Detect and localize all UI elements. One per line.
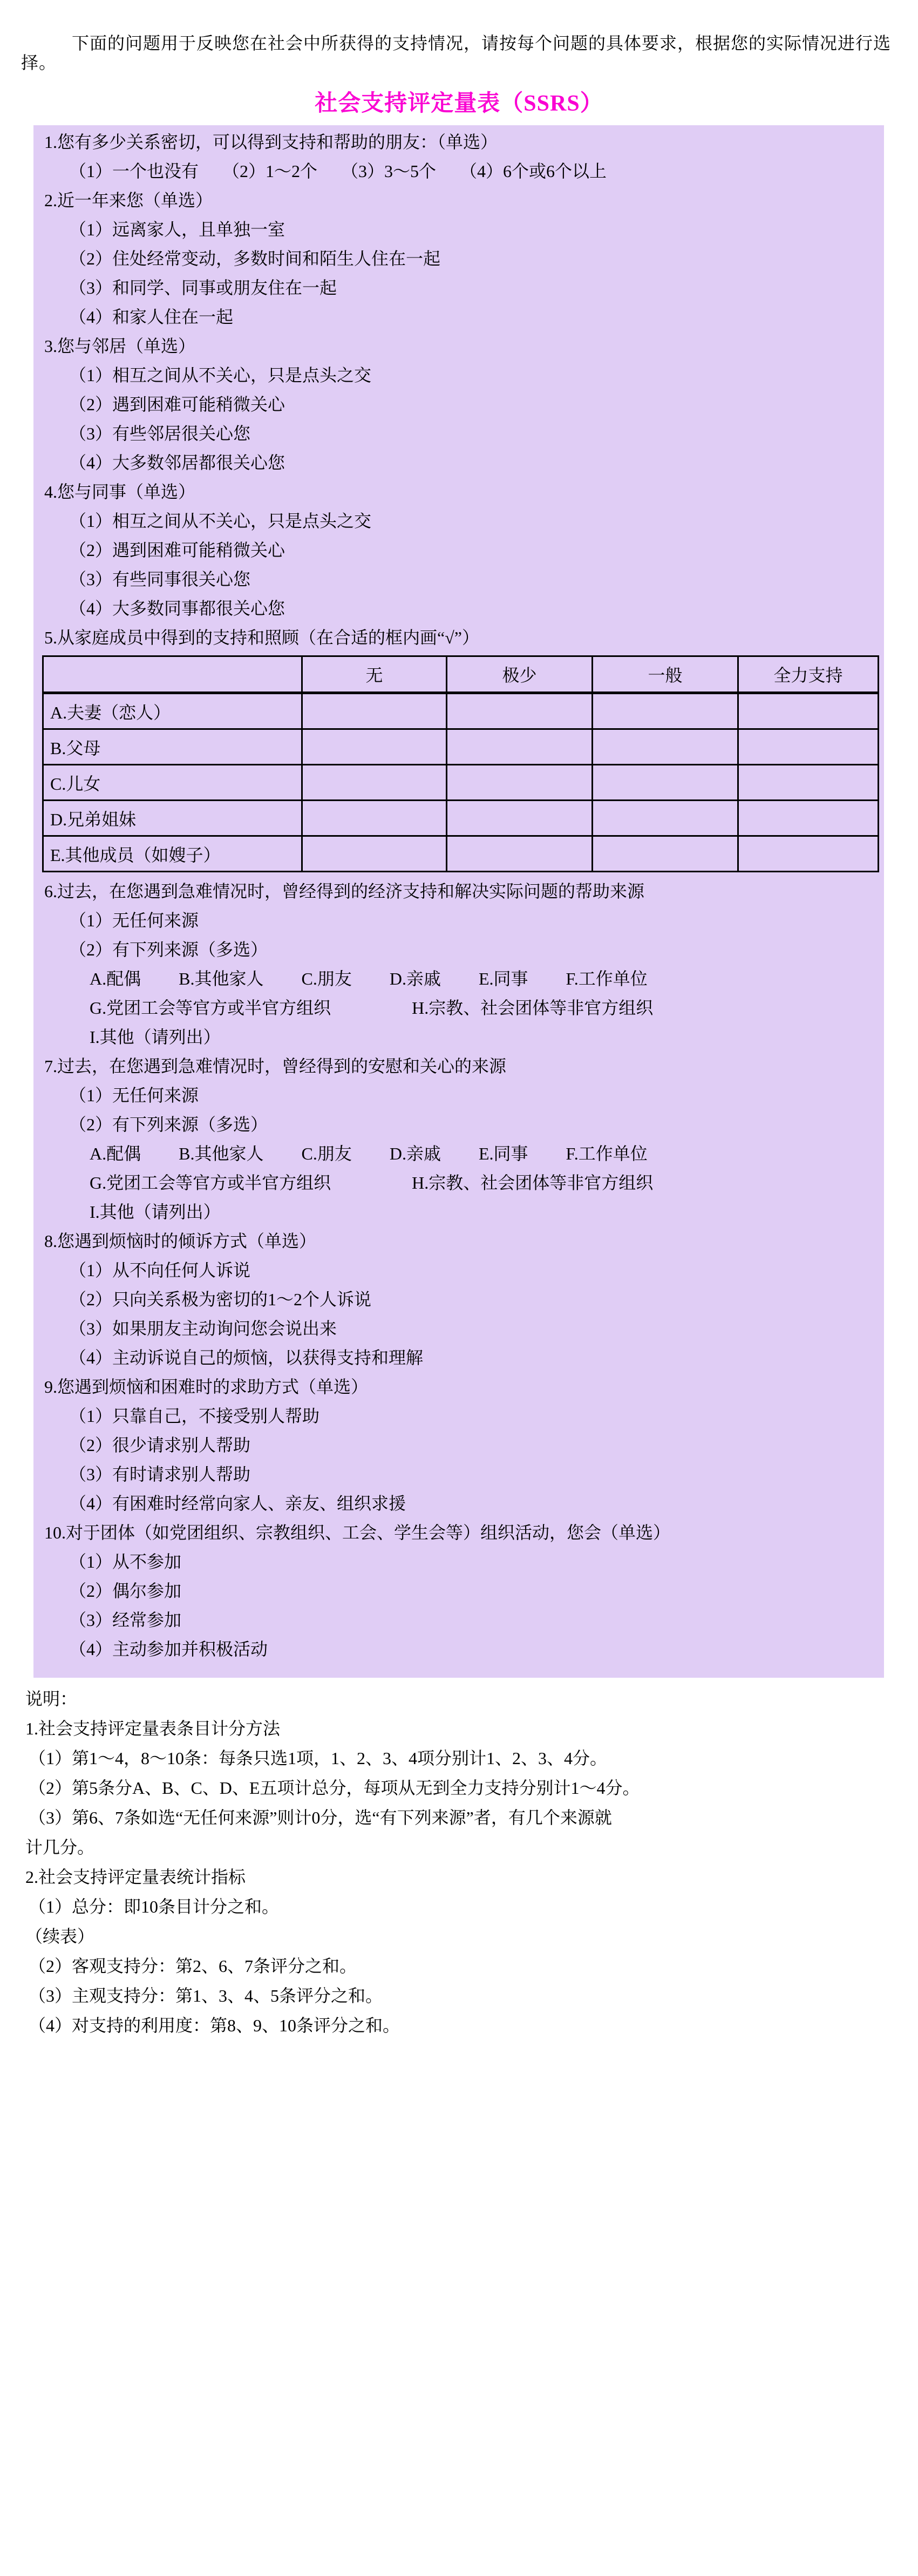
q7-source-c: C.朋友 [301,1139,351,1168]
q6-sources-row-3: I.其他（请列出） [33,1022,884,1052]
q3-option-3: （3）有些邻居很关心您 [33,419,884,448]
notes-scoring-item-2: （2）第5条分A、B、C、D、E五项计总分，每项从无到全力支持分别计1～4分。 [24,1773,918,1803]
q5-label: 5.从家庭成员中得到的支持和照顾（在合适的框内画“√”） [33,623,884,652]
q7-source-d: D.亲戚 [390,1139,441,1168]
q1-option-4: （4）6个或6个以上 [460,157,607,186]
q4-option-1: （1）相互之间从不关心，只是点头之交 [33,506,884,535]
q6-source-f: F.工作单位 [566,964,648,993]
q2-option-3: （3）和同学、同事或朋友住在一起 [33,273,884,302]
q7-source-h: H.宗教、社会团体等非官方组织 [412,1168,653,1197]
table-row-children: C.儿女 [43,765,879,801]
q7-sources-row-3: I.其他（请列出） [33,1197,884,1226]
q7-source-g: G.党团工会等官方或半官方组织 [90,1168,331,1197]
q6-source-h: H.宗教、社会团体等非官方组织 [412,993,653,1022]
q7-sources-row-1: A.配偶 B.其他家人 C.朋友 D.亲戚 E.同事 F.工作单位 [33,1139,884,1168]
q10-label: 10.对于团体（如党团组织、宗教组织、工会、学生会等）组织活动，您会（单选） [33,1518,884,1547]
q3-label: 3.您与邻居（单选） [33,331,884,361]
q10-option-2: （2）偶尔参加 [33,1576,884,1605]
q6-source-a: A.配偶 [90,964,141,993]
q7-source-b: B.其他家人 [179,1139,263,1168]
row-label-parents: B.父母 [43,729,302,765]
q6-source-e: E.同事 [479,964,528,993]
notes-heading: 说明： [24,1684,918,1714]
q7-source-a: A.配偶 [90,1139,141,1168]
q1-option-3: （3）3～5个 [341,157,436,186]
support-table: 无 极少 一般 全力支持 A.夫妻（恋人） B.父母 C.儿女 D.兄弟姐妹 [42,655,879,872]
support-cell [738,765,879,801]
notes-scoring-title: 1.社会支持评定量表条目计分方法 [24,1714,918,1744]
support-cell [447,729,593,765]
support-cell [593,836,738,872]
support-cell [738,801,879,836]
q6-option-2: （2）有下列来源（多选） [33,935,884,964]
support-cell [302,801,447,836]
q10-option-4: （4）主动参加并积极活动 [33,1635,884,1664]
row-label-spouse: A.夫妻（恋人） [43,693,302,729]
q6-source-c: C.朋友 [301,964,351,993]
support-table-corner-cell [43,656,302,693]
intro-paragraph: 下面的问题用于反映您在社会中所获得的支持情况，请按每个问题的具体要求，根据您的实… [21,33,896,72]
q9-option-4: （4）有困难时经常向家人、亲友、组织求援 [33,1489,884,1518]
notes-statistics-item-1: （1）总分：即10条目计分之和。 [24,1892,918,1922]
notes-statistics-item-3: （3）主观支持分：第1、3、4、5条评分之和。 [24,1981,918,2011]
q4-option-3: （3）有些同事很关心您 [33,565,884,594]
notes-scoring-item-3-continuation: 计几分。 [24,1833,918,1862]
q8-option-1: （1）从不向任何人诉说 [33,1256,884,1285]
q3-option-1: （1）相互之间从不关心，只是点头之交 [33,361,884,390]
q2-label: 2.近一年来您（单选） [33,186,884,215]
table-row-other-members: E.其他成员（如嫂子） [43,836,879,872]
support-cell [593,729,738,765]
q9-option-2: （2）很少请求别人帮助 [33,1431,884,1460]
support-cell [302,836,447,872]
questionnaire-panel: 1.您有多少关系密切，可以得到支持和帮助的朋友：（单选） （1）一个也没有 （2… [33,125,884,1678]
q7-sources-row-2: G.党团工会等官方或半官方组织 H.宗教、社会团体等非官方组织 [33,1168,884,1197]
q1-options-row: （1）一个也没有 （2）1～2个 （3）3～5个 （4）6个或6个以上 [33,157,884,186]
q3-option-4: （4）大多数邻居都很关心您 [33,448,884,477]
q6-option-1: （1）无任何来源 [33,906,884,935]
q1-label: 1.您有多少关系密切，可以得到支持和帮助的朋友：（单选） [33,127,884,157]
notes-statistics-title: 2.社会支持评定量表统计指标 [24,1862,918,1892]
support-cell [738,836,879,872]
support-table-header-row: 无 极少 一般 全力支持 [43,656,879,693]
q2-option-1: （1）远离家人，且单独一室 [33,215,884,244]
notes-section: 说明： 1.社会支持评定量表条目计分方法 （1）第1～4，8～10条：每条只选1… [24,1684,918,2041]
support-cell [302,765,447,801]
q8-option-2: （2）只向关系极为密切的1～2个人诉说 [33,1285,884,1314]
q3-option-2: （2）遇到困难可能稍微关心 [33,390,884,419]
q2-option-4: （4）和家人住在一起 [33,302,884,331]
support-cell [593,765,738,801]
support-cell [302,693,447,729]
q9-option-1: （1）只靠自己，不接受别人帮助 [33,1401,884,1431]
page-title: 社会支持评定量表（SSRS） [0,85,918,118]
support-cell [447,836,593,872]
continued-table-marker: （续表） [24,1922,918,1951]
row-label-siblings: D.兄弟姐妹 [43,801,302,836]
q4-option-2: （2）遇到困难可能稍微关心 [33,535,884,565]
q7-source-i: I.其他（请列出） [90,1197,221,1226]
support-cell [302,729,447,765]
notes-scoring-item-3: （3）第6、7条如选“无任何来源”则计0分，选“有下列来源”者，有几个来源就 [24,1803,918,1833]
q10-option-3: （3）经常参加 [33,1605,884,1635]
q7-source-f: F.工作单位 [566,1139,648,1168]
q9-option-3: （3）有时请求别人帮助 [33,1460,884,1489]
notes-statistics-item-2: （2）客观支持分：第2、6、7条评分之和。 [24,1951,918,1981]
support-cell [738,729,879,765]
support-table-header-rare: 极少 [447,656,593,693]
q6-source-b: B.其他家人 [179,964,263,993]
support-cell [738,693,879,729]
row-label-other-members: E.其他成员（如嫂子） [43,836,302,872]
notes-scoring-item-1: （1）第1～4，8～10条：每条只选1项，1、2、3、4项分别计1、2、3、4分… [24,1744,918,1773]
q8-label: 8.您遇到烦恼时的倾诉方式（单选） [33,1226,884,1256]
q4-label: 4.您与同事（单选） [33,477,884,506]
q7-option-2: （2）有下列来源（多选） [33,1110,884,1139]
q7-source-e: E.同事 [479,1139,528,1168]
q6-sources-row-1: A.配偶 B.其他家人 C.朋友 D.亲戚 E.同事 F.工作单位 [33,964,884,993]
support-cell [593,693,738,729]
q9-label: 9.您遇到烦恼和困难时的求助方式（单选） [33,1372,884,1401]
q6-source-i: I.其他（请列出） [90,1022,221,1052]
q2-option-2: （2）住处经常变动，多数时间和陌生人住在一起 [33,244,884,273]
support-cell [447,801,593,836]
notes-statistics-item-4: （4）对支持的利用度：第8、9、10条评分之和。 [24,2011,918,2041]
support-cell [593,801,738,836]
table-row-parents: B.父母 [43,729,879,765]
table-row-siblings: D.兄弟姐妹 [43,801,879,836]
q8-option-3: （3）如果朋友主动询问您会说出来 [33,1314,884,1343]
q7-option-1: （1）无任何来源 [33,1081,884,1110]
q6-source-d: D.亲戚 [390,964,441,993]
q10-option-1: （1）从不参加 [33,1547,884,1576]
q7-label: 7.过去，在您遇到急难情况时，曾经得到的安慰和关心的来源 [33,1052,884,1081]
support-cell [447,765,593,801]
q8-option-4: （4）主动诉说自己的烦恼，以获得支持和理解 [33,1343,884,1372]
table-row-spouse: A.夫妻（恋人） [43,693,879,729]
q6-source-g: G.党团工会等官方或半官方组织 [90,993,331,1022]
support-cell [447,693,593,729]
support-table-header-general: 一般 [593,656,738,693]
q1-option-1: （1）一个也没有 [69,157,199,186]
q4-option-4: （4）大多数同事都很关心您 [33,594,884,623]
q1-option-2: （2）1～2个 [222,157,317,186]
q6-label: 6.过去，在您遇到急难情况时，曾经得到的经济支持和解决实际问题的帮助来源 [33,877,884,906]
support-table-header-full: 全力支持 [738,656,879,693]
row-label-children: C.儿女 [43,765,302,801]
support-table-header-none: 无 [302,656,447,693]
q6-sources-row-2: G.党团工会等官方或半官方组织 H.宗教、社会团体等非官方组织 [33,993,884,1022]
